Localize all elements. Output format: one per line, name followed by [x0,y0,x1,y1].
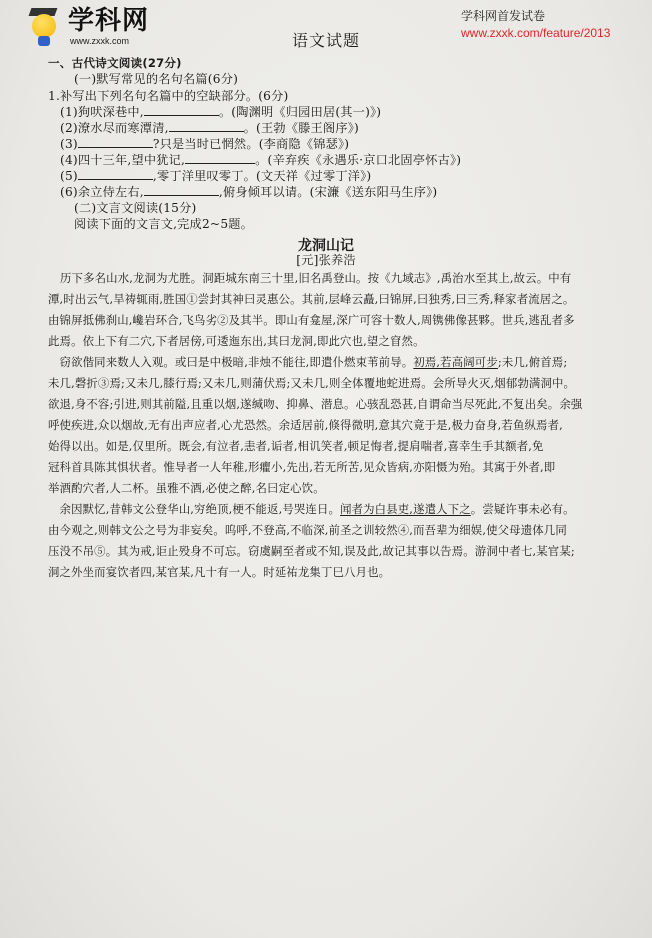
essay-author: [元]张养浩 [0,252,652,268]
q1-item-4-pre: (4)四十三年,望中犹记, [60,153,185,167]
q1-item-3-post: ?只是当时已惘然。(李商隐《锦瑟》) [153,137,349,151]
essay-line: 由今观之,则韩文公之号为非妄矣。呜呼,不登高,不临深,前圣之训较然④,而吾辈为细… [48,520,567,541]
q1-item-6: (6)余立侍左右,,俯身倾耳以请。(宋濂《送东阳马生序》) [60,183,437,200]
q1-item-6-pre: (6)余立侍左右, [60,185,144,199]
header-right-title: 学科网首发试卷 [461,8,610,24]
q1-item-5-pre: (5) [60,169,78,183]
q1-item-1-post: 。(陶渊明《归园田居(其一)》) [219,105,381,119]
essay-line-text: ;未几,俯首焉; [498,355,567,369]
essay-line: 呼使疾进,众以烟故,无有出声应者,心尤恐然。余适居前,倏得微明,意其穴竟于是,极… [48,415,563,436]
essay-line: 由锦屏抵佛刹山,巉岩环合,飞鸟劣②及其半。即山有龛屋,深广可容十数人,周镌佛像甚… [48,310,575,331]
q1-item-4-post: 。(辛弃疾《永遇乐·京口北固亭怀古》) [255,153,461,167]
answer-blank[interactable] [78,167,153,180]
essay-line: 历下多名山水,龙洞为尤胜。洞距城东南三十里,旧名禹登山。按《九域志》,禹治水至其… [60,268,571,289]
q1-item-4: (4)四十三年,望中犹记,。(辛弃疾《永遇乐·京口北固亭怀古》) [60,151,461,168]
q1-item-3-pre: (3) [60,137,78,151]
q1-stem: 1.补写出下列名句名篇中的空缺部分。(6分) [48,88,288,104]
part-1-title: (一)默写常见的名句名篇(6分) [74,71,238,87]
q1-item-1-pre: (1)狗吠深巷中, [60,105,144,119]
q1-item-5: (5),零丁洋里叹零丁。(文天祥《过零丁洋》) [60,167,371,184]
essay-line: 窃欲偕同来数人入观。或曰是中极暗,非烛不能往,即遣仆燃束苇前导。初焉,若高阔可步… [48,352,567,373]
exam-page: 学科网 www.zxxk.com 语文试题 学科网首发试卷 www.zxxk.c… [0,0,652,938]
answer-blank[interactable] [144,103,219,116]
essay-line-text: 窃欲偕同来数人入观。或曰是中极暗,非烛不能往,即遣仆燃束苇前导。 [48,355,413,369]
essay-line: 始得以出。如是,仅里所。既会,有泣者,恚者,诟者,相讥笑者,顿足悔者,提肩喘者,… [48,436,544,457]
essay-line-text: 。尝疑许事未必有。 [471,502,575,516]
essay-line-text: 余因默忆,昔韩文公登华山,穷绝顶,梗不能返,号哭连日。 [48,502,340,516]
underlined-sentence-2: 闻者为白县吏,遂遣人下之 [340,502,471,516]
q1-item-6-post: ,俯身倾耳以请。(宋濂《送东阳马生序》) [219,185,437,199]
q1-item-3: (3)?只是当时已惘然。(李商隐《锦瑟》) [60,135,349,152]
header-right: 学科网首发试卷 www.zxxk.com/feature/2013 [461,8,610,42]
essay-line: 压没不吊⑤。其为戒,讵止殁身不可忘。窃虞嗣至者或不知,误及此,故记其事以告焉。游… [48,541,575,562]
q1-item-1: (1)狗吠深巷中,。(陶渊明《归园田居(其一)》) [60,103,381,120]
section-1-title: 一、古代诗文阅读(27分) [48,55,182,71]
part-2-instruction: 阅读下面的文言文,完成2~5题。 [74,216,253,232]
answer-blank[interactable] [144,183,219,196]
essay-line: 举酒酌穴者,人二杯。虽雅不酒,必使之醉,名曰定心饮。 [48,478,325,499]
part-2-title: (二)文言文阅读(15分) [74,200,196,216]
answer-blank[interactable] [78,135,153,148]
essay-line: 冠科首具陈其惧状者。惟导者一人年稚,形癯小,先出,若无所苦,见众皆病,亦阳慑为殆… [48,457,555,478]
essay-line: 洞之外坐而宴饮者四,某官某,凡十有一人。时延祐龙集丁巳八月也。 [48,562,390,583]
q1-item-5-post: ,零丁洋里叹零丁。(文天祥《过零丁洋》) [153,169,371,183]
q1-item-2-post: 。(王勃《滕王阁序》) [244,121,359,135]
q1-item-2-pre: (2)潦水尽而寒潭清, [60,121,169,135]
header-right-url[interactable]: www.zxxk.com/feature/2013 [461,24,610,42]
essay-line: 未几,磬折③焉;又未几,膝行焉;又未几,则蒲伏焉;又未几,则全体覆地蛇进焉。会所… [48,373,575,394]
essay-line: 潭,时出云气,旱祷辄雨,胜国①尝封其神曰灵惠公。其前,层峰云矗,曰锦屏,曰独秀,… [48,289,574,310]
answer-blank[interactable] [185,151,255,164]
q1-item-2: (2)潦水尽而寒潭清,。(王勃《滕王阁序》) [60,119,359,136]
underlined-sentence-1: 初焉,若高阔可步 [413,355,498,369]
essay-line: 欲退,身不容;引进,则其前隘,且重以烟,遂缄吻、抑鼻、潜息。心骇乱恐甚,自谓命当… [48,394,582,415]
answer-blank[interactable] [169,119,244,132]
essay-line: 此焉。依上下有二穴,下者居傍,可逶迤东出,其曰龙洞,即此穴也,望之窅然。 [48,331,425,352]
essay-line: 余因默忆,昔韩文公登华山,穷绝顶,梗不能返,号哭连日。闻者为白县吏,遂遣人下之。… [48,499,575,520]
